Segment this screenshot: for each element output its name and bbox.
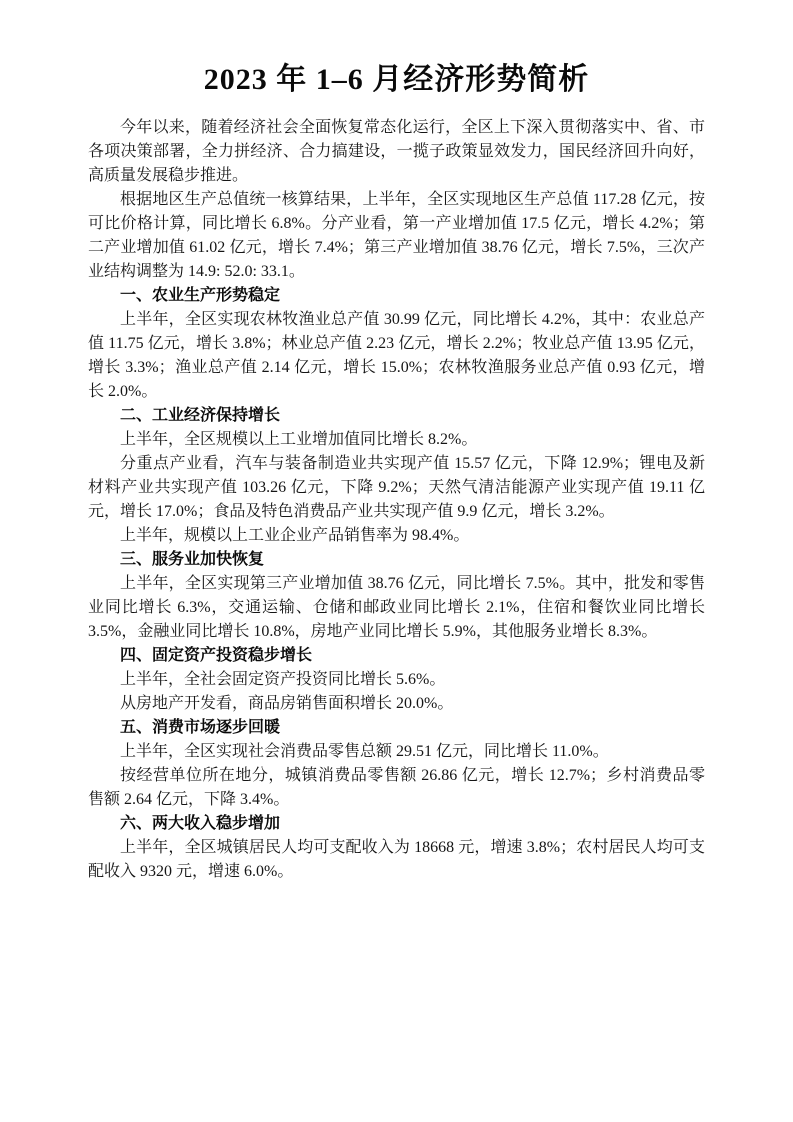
paragraph-gdp-summary: 根据地区生产总值统一核算结果，上半年，全区实现地区生产总值 117.28 亿元，… [88, 188, 705, 284]
section-heading-agriculture: 一、农业生产形势稳定 [88, 284, 705, 308]
paragraph-agriculture: 上半年，全区实现农林牧渔业总产值 30.99 亿元，同比增长 4.2%，其中：农… [88, 308, 705, 404]
paragraph-retail-breakdown: 按经营单位所在地分，城镇消费品零售额 26.86 亿元，增长 12.7%；乡村消… [88, 764, 705, 812]
section-heading-industry: 二、工业经济保持增长 [88, 404, 705, 428]
paragraph-industry-sectors: 分重点产业看，汽车与装备制造业共实现产值 15.57 亿元，下降 12.9%；锂… [88, 452, 705, 524]
paragraph-income: 上半年，全区城镇居民人均可支配收入为 18668 元，增速 3.8%；农村居民人… [88, 836, 705, 884]
paragraph-industry-growth: 上半年，全区规模以上工业增加值同比增长 8.2%。 [88, 428, 705, 452]
section-heading-investment: 四、固定资产投资稳步增长 [88, 644, 705, 668]
paragraph-services: 上半年，全区实现第三产业增加值 38.76 亿元，同比增长 7.5%。其中，批发… [88, 572, 705, 644]
paragraph-intro: 今年以来，随着经济社会全面恢复常态化运行，全区上下深入贯彻落实中、省、市各项决策… [88, 116, 705, 188]
section-heading-income: 六、两大收入稳步增加 [88, 812, 705, 836]
paragraph-retail-total: 上半年，全区实现社会消费品零售总额 29.51 亿元，同比增长 11.0%。 [88, 740, 705, 764]
paragraph-industry-sales-rate: 上半年，规模以上工业企业产品销售率为 98.4%。 [88, 524, 705, 548]
document-title: 2023 年 1–6 月经济形势简析 [88, 58, 705, 102]
document-page: 2023 年 1–6 月经济形势简析 今年以来，随着经济社会全面恢复常态化运行，… [0, 0, 793, 1122]
paragraph-real-estate: 从房地产开发看，商品房销售面积增长 20.0%。 [88, 692, 705, 716]
document-body: 今年以来，随着经济社会全面恢复常态化运行，全区上下深入贯彻落实中、省、市各项决策… [88, 116, 705, 884]
paragraph-investment: 上半年，全社会固定资产投资同比增长 5.6%。 [88, 668, 705, 692]
section-heading-consumption: 五、消费市场逐步回暖 [88, 716, 705, 740]
section-heading-services: 三、服务业加快恢复 [88, 548, 705, 572]
